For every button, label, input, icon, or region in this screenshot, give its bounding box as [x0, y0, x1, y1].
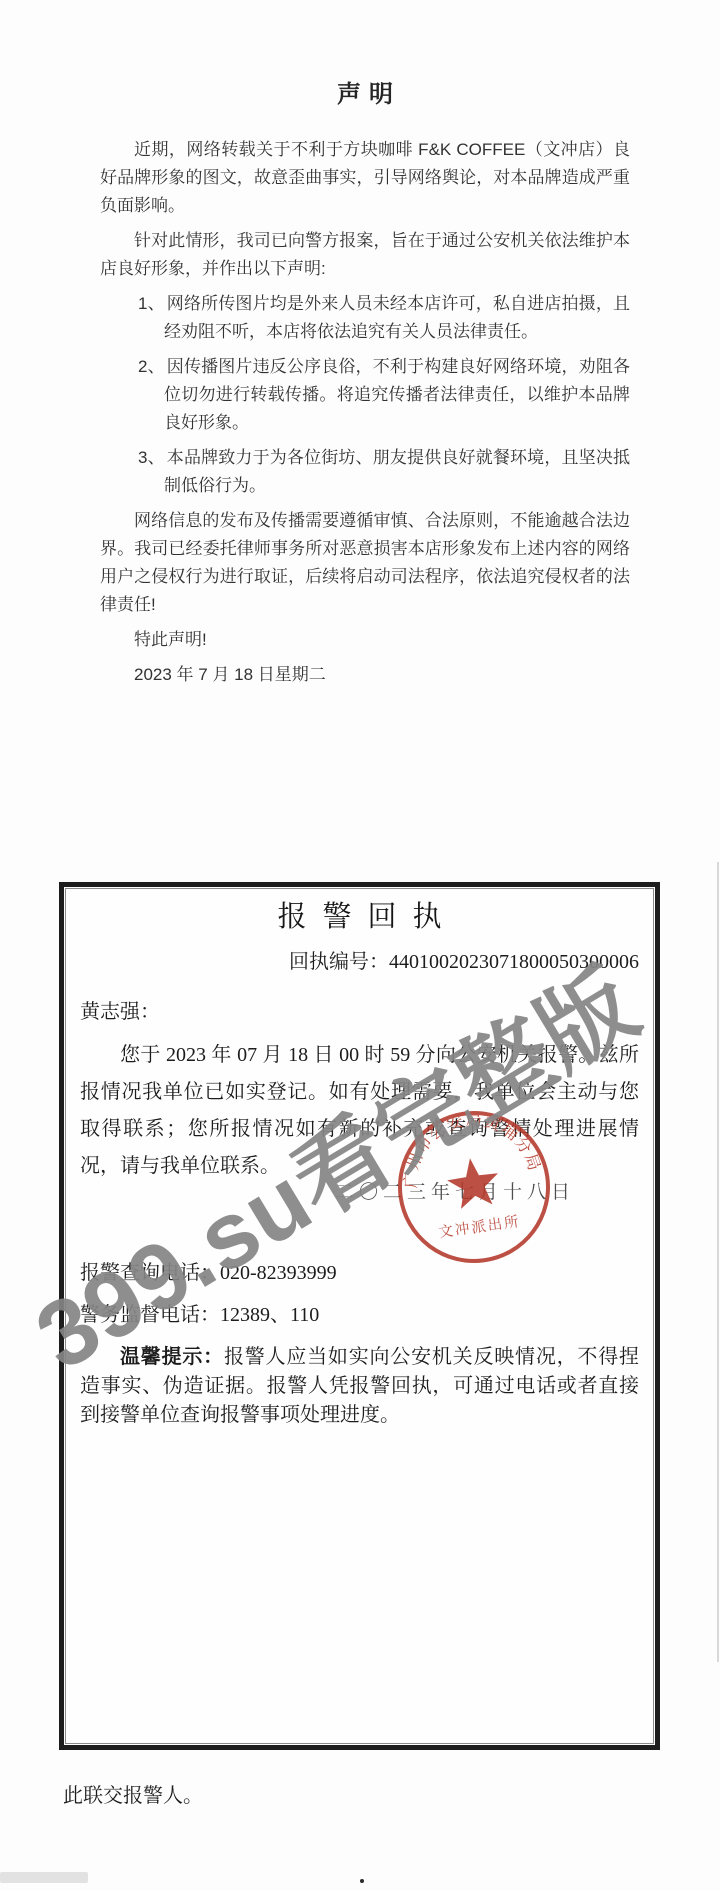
tips-label: 温馨提示： [120, 1346, 224, 1368]
statement-item-1: 1、网络所传图片均是外来人员未经本店许可，私自进店拍摄，且经劝阻不听，本店将依法… [138, 290, 630, 346]
statement-item-3-number: 3、 [138, 448, 165, 467]
receipt-number-value: 4401002023071800050300006 [389, 951, 639, 973]
statement-paragraph-1: 近期，网络转载关于不利于方块咖啡 F&K COFFEE（文冲店）良好品牌形象的图… [100, 136, 630, 220]
statement-paragraph-2: 针对此情形，我司已向警方报案，旨在于通过公安机关依法维护本店良好形象，并作出以下… [100, 227, 630, 283]
page-number-dot [360, 1879, 364, 1883]
page-edge-line [717, 862, 719, 1662]
statement-item-1-number: 1、 [138, 294, 165, 313]
receipt-tips-paragraph: 温馨提示：报警人应当如实向公安机关反映情况，不得捏造事实、伪造证据。报警人凭报警… [80, 1343, 639, 1430]
statement-title: 声明 [100, 80, 630, 110]
statement-date: 2023 年 7 月 18 日星期二 [100, 661, 630, 689]
supervision-phone-label: 警务监督电话： [80, 1304, 220, 1326]
police-receipt-document: 报警回执 回执编号：4401002023071800050300006 黄志强：… [59, 882, 660, 1750]
receipt-number-label: 回执编号： [289, 951, 389, 973]
statement-item-1-text: 网络所传图片均是外来人员未经本店许可，私自进店拍摄，且经劝阻不听，本店将依法追究… [164, 294, 630, 341]
statement-item-2-text: 因传播图片违反公序良俗，不利于构建良好网络环境，劝阻各位切勿进行转载传播。将追究… [164, 357, 630, 432]
inquiry-phone-number: 020-82393999 [220, 1262, 337, 1284]
receipt-supervision-phone-line: 警务监督电话：12389、110 [80, 1302, 319, 1329]
receipt-title: 报警回执 [64, 899, 655, 935]
statement-item-2-number: 2、 [138, 357, 165, 376]
inquiry-phone-label: 报警查询电话： [80, 1262, 220, 1284]
supervision-phone-number: 12389、110 [220, 1304, 319, 1326]
receipt-footer-note: 此联交报警人。 [63, 1779, 203, 1808]
seal-star-icon [445, 1155, 503, 1210]
scan-smudge [0, 1872, 88, 1883]
receipt-number-line: 回执编号：4401002023071800050300006 [64, 949, 655, 975]
statement-item-3: 3、本品牌致力于为各位街坊、朋友提供良好就餐环境，且坚决抵制低俗行为。 [138, 444, 630, 500]
scanned-document-page: 声明 近期，网络转载关于不利于方块咖啡 F&K COFFEE（文冲店）良好品牌形… [0, 0, 720, 1891]
statement-item-3-text: 本品牌致力于为各位街坊、朋友提供良好就餐环境，且坚决抵制低俗行为。 [164, 448, 630, 495]
seal-bottom-text: 文冲派出所 [438, 1213, 522, 1241]
statement-item-2: 2、因传播图片违反公序良俗，不利于构建良好网络环境，劝阻各位切勿进行转载传播。将… [138, 353, 630, 437]
receipt-inquiry-phone-line: 报警查询电话：020-82393999 [80, 1260, 337, 1287]
statement-declaration: 特此声明! [100, 626, 630, 654]
statement-document: 声明 近期，网络转载关于不利于方块咖啡 F&K COFFEE（文冲店）良好品牌形… [100, 0, 630, 696]
receipt-body-paragraph: 您于 2023 年 07 月 18 日 00 时 59 分向公安机关报警。兹所报… [64, 1037, 655, 1185]
statement-closing-paragraph: 网络信息的发布及传播需要遵循审慎、合法原则，不能逾越合法边界。我司已经委托律师事… [100, 507, 630, 619]
receipt-addressee: 黄志强： [64, 999, 655, 1025]
police-seal-stamp-icon: 广州市公安局黄埔分局 文冲派出所 [384, 1097, 565, 1278]
